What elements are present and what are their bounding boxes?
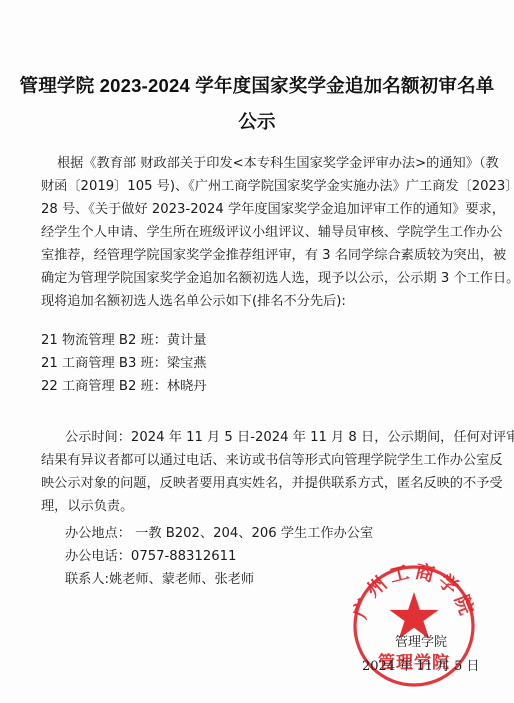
body-line: 根据《教育部 财政部关于印发<本专科生国家奖学金评审办法>的通知》（教 (57, 156, 467, 172)
candidate-item: 21 物流管理 B2 班：黄计量 (41, 333, 451, 349)
signature-date: 2024 年 11 月 5 日 (362, 655, 480, 674)
body-line: 室推荐，经管理学院国家奖学金推荐组评审，有 3 名同学综合素质较为突出，被 (41, 248, 451, 264)
body-line: 28 号、《关于做好 2023-2024 学年度国家奖学金追加评审工作的通知》要… (41, 202, 451, 218)
body-line: 经学生个人申请、学生所在班级评议小组评议、辅导员审核、学院学生工作办公 (41, 225, 451, 241)
notice-line: 公示时间：2024 年 11 月 5 日-2024 年 11 月 8 日，公示期… (65, 430, 475, 446)
notice-line: 理，以示负责。 (41, 499, 451, 515)
candidate-item: 21 工商管理 B3 班：梁宝燕 (41, 356, 451, 372)
candidate-item: 22 工商管理 B2 班：林晓丹 (41, 379, 451, 395)
document-title: 管理学院 2023-2024 学年度国家奖学金追加名额初审名单 (0, 72, 514, 98)
body-line: 现将追加名额初选人选名单公示如下(排名不分先后): (41, 294, 451, 310)
signature-unit: 管理学院 (395, 631, 447, 650)
document-title-subline: 公示 (0, 108, 514, 134)
notice-line: 映公示对象的问题，反映者要用真实姓名，并提供联系方式，匿名反映的不予受 (41, 476, 451, 492)
notice-line: 结果有异议者都可以通过电话、来访或书信等形式向管理学院学生工作办公室反 (41, 453, 451, 469)
document-page: 管理学院 2023-2024 学年度国家奖学金追加名额初审名单 公示 根据《教育… (0, 0, 514, 703)
body-line: 确定为管理学院国家奖学金追加名额初选人选，现予以公示，公示期 3 个工作日。 (41, 271, 451, 287)
body-line: 财函〔2019〕105 号)、《广州工商学院国家奖学金实施办法》广工商发〔202… (41, 179, 451, 195)
office-location: 办公地点： 一教 B202、204、206 学生工作办公室 (65, 526, 475, 542)
